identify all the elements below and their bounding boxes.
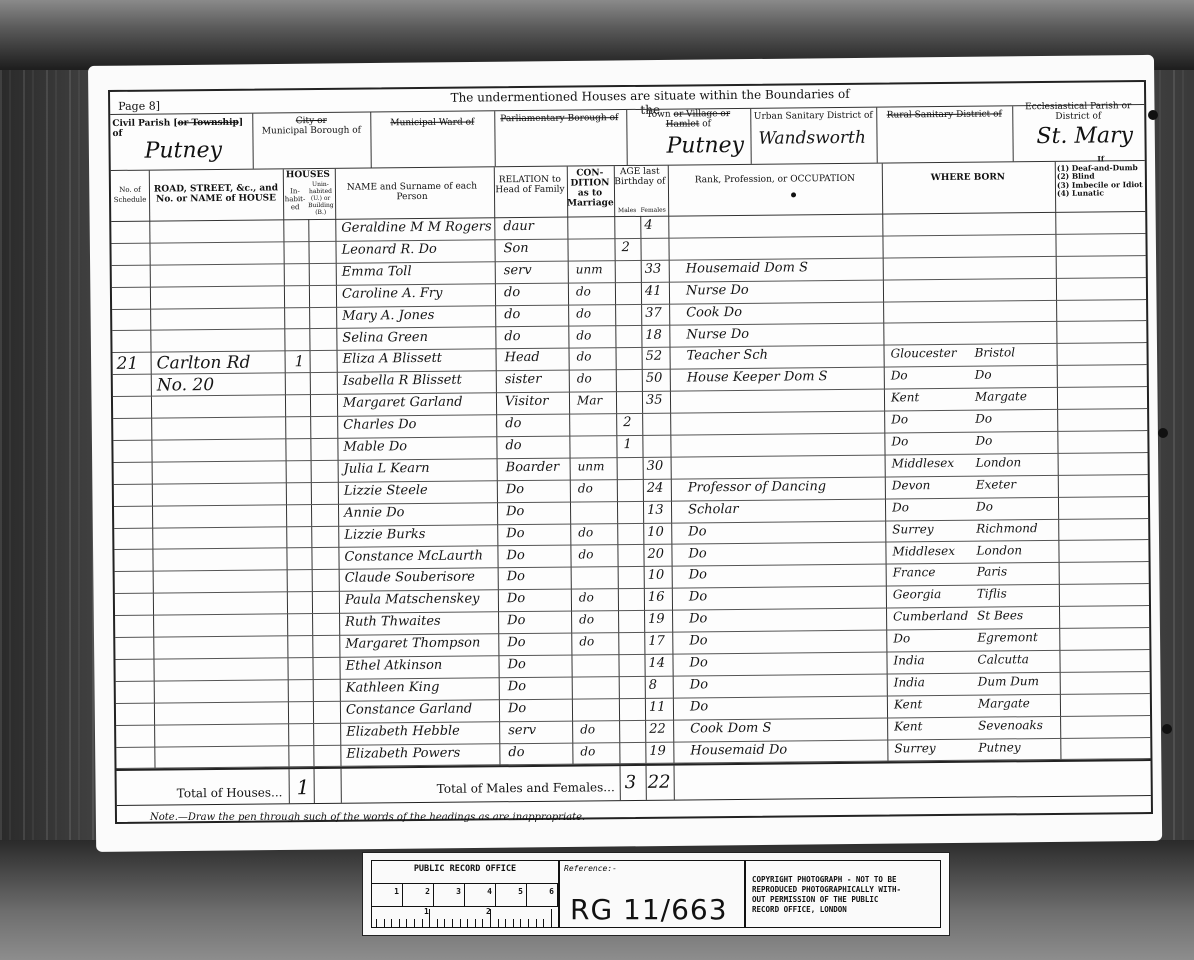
inch-number: 1 [424,907,429,916]
relation-cell: Son [503,241,528,256]
col-name: NAME and Surname of each Person [337,181,487,202]
punch-hole-icon [1148,110,1158,120]
relation-cell: Do [507,613,525,628]
copyright-line: COPYRIGHT PHOTOGRAPH - NOT TO BE [752,875,901,885]
col-relation: RELATION to Head of Family [495,175,565,196]
born-place-cell: Putney [978,740,1020,754]
relation-cell: do [504,329,520,344]
relation-cell: Do [508,679,526,694]
occupation-cell: Do [688,524,706,539]
divider [341,769,342,803]
col-road: ROAD, STREET, &c., and No. or NAME of HO… [151,183,281,204]
born-place-cell: Bristol [974,346,1015,360]
scale-tick [437,919,438,927]
relation-cell: Do [506,548,524,563]
name-cell: Charles Do [343,417,416,433]
scale-tick [452,919,453,927]
road-cell: No. 20 [157,375,214,396]
scale-number: 2 [425,887,430,896]
female-age-cell: 8 [649,678,657,693]
total-houses-label: Total of Houses... [177,785,283,800]
divider [882,164,883,214]
born-county-cell: Do [892,500,909,514]
col-schedule: No. of Schedule [111,185,149,205]
relation-cell: serv [508,723,536,738]
scale-number: 3 [456,887,461,896]
born-county-cell: India [894,675,925,689]
born-place-cell: Calcutta [977,652,1029,666]
relation-cell: Do [507,591,525,606]
scale-tick [505,919,506,927]
condition-cell: do [578,547,593,561]
scale-tick [528,919,529,927]
name-cell: Selina Green [342,329,428,345]
name-cell: Elizabeth Powers [346,745,460,761]
born-county-cell: Do [891,412,908,426]
condition-cell: unm [578,459,605,473]
female-age-cell: 4 [644,218,652,233]
name-cell: Kathleen King [346,680,440,696]
total-houses-value: 1 [297,775,310,799]
divider [620,766,621,800]
condition-cell: do [579,613,594,627]
name-cell: Leonard R. Do [341,242,436,258]
col-females: Females [640,206,666,216]
civil-parish-label: Civil Parish [or Township] of [112,118,250,139]
relation-cell: Head [505,350,540,365]
relation-cell: Do [506,504,524,519]
page-label: Page 8] [118,100,160,113]
col-houses: HOUSES [283,170,333,180]
copyright-line: OUT PERMISSION OF THE PUBLIC [752,895,901,905]
male-age-cell: 1 [623,437,631,452]
reference-number: RG 11/663 [570,893,728,926]
born-county-cell: Surrey [892,522,933,536]
born-county-cell: Do [891,369,908,383]
female-age-cell: 33 [645,261,662,276]
female-age-cell: 10 [648,568,665,583]
condition-cell: do [576,328,591,342]
scale-cell: 1 [372,884,403,906]
occupation-cell: Cook Do [686,305,742,321]
occupation-cell: Scholar [688,502,739,517]
relation-cell: Boarder [506,460,560,476]
female-age-cell: 19 [649,743,666,758]
name-cell: Margaret Garland [343,395,463,411]
born-place-cell: Do [975,434,992,448]
female-age-cell: 19 [648,612,665,627]
pro-title: PUBLIC RECORD OFFICE [372,864,558,874]
female-age-cell: 14 [648,656,665,671]
relation-cell: Do [506,526,524,541]
scale-tick [482,919,483,927]
female-age-cell: 37 [645,305,662,320]
urban-sanitary-label: Urban Sanitary District of [752,111,874,122]
copyright-box: COPYRIGHT PHOTOGRAPH - NOT TO BE REPRODU… [745,860,941,928]
scale-tick [513,919,514,927]
scale-tick [467,919,468,927]
name-cell: Annie Do [344,505,405,521]
civil-parish-value: Putney [144,138,222,164]
name-cell: Mable Do [343,439,407,455]
table-body: Geraldine M M Rogersdaur4Leonard R. DoSo… [111,211,1150,769]
born-county-cell: Kent [891,390,919,404]
occupation-cell: Nurse Do [686,283,749,299]
reference-label: Reference:- [564,864,617,873]
col-condition: CON-DITION as to Marriage [567,168,613,208]
condition-cell: do [579,591,594,605]
ecclesiastical-parish-label: Ecclesiastical Parish orDistrict of [1014,101,1142,122]
scale-tick [543,919,544,927]
relation-cell: Do [507,657,525,672]
scale-cell: 4 [465,884,496,906]
condition-cell: do [578,481,593,495]
born-place-cell: St Bees [977,608,1023,622]
name-cell: Ethel Atkinson [345,658,442,674]
bullet-icon [791,192,796,197]
male-age-cell: 2 [621,240,629,255]
condition-cell: unm [576,262,603,276]
born-place-cell: London [976,543,1022,557]
female-age-cell: 20 [647,546,664,561]
relation-cell: do [504,307,520,322]
scale-tick [551,909,552,927]
occupation-cell: Do [689,633,707,648]
total-males: 3 [625,772,637,793]
occupation-cell: Do [689,590,707,605]
name-cell: Claude Souberisore [345,570,475,586]
scale-cell: 3 [434,884,465,906]
condition-cell: do [580,722,595,736]
born-county-cell: Middlesex [892,456,955,471]
scale-tick [475,919,476,927]
female-age-cell: 50 [646,371,663,386]
parliamentary-borough-label: Parliamentary Borough of [496,113,622,124]
scale-number: 1 [394,887,399,896]
divider [289,769,290,803]
relation-cell: sister [505,372,542,387]
name-cell: Julia L Kearn [344,461,430,477]
scale-cell: 6 [527,884,558,906]
born-county-cell: Cumberland [893,609,968,624]
rural-sanitary-label: Rural Sanitary District of [878,109,1010,120]
born-county-cell: Kent [894,697,922,711]
female-age-cell: 22 [649,721,666,736]
female-age-cell: 52 [646,349,663,364]
copyright-line: REPRODUCED PHOTOGRAPHICALLY WITH- [752,885,901,895]
born-place-cell: Do [976,499,993,513]
occupation-cell: Do [690,677,708,692]
inhabited-cell: 1 [295,353,305,371]
scale-tick [406,919,407,927]
schedule-cell: 21 [117,354,139,374]
total-persons-label: Total of Males and Females... [417,780,615,796]
col-males: Males [614,206,640,216]
scale-tick [536,919,537,927]
name-cell: Constance McLaurth [344,548,483,564]
born-place-cell: Dum Dum [978,674,1039,689]
occupation-cell: House Keeper Dom S [687,369,828,385]
born-place-cell: Margate [978,696,1030,710]
female-age-cell: 16 [648,590,665,605]
female-age-cell: 10 [647,524,664,539]
relation-cell: daur [503,219,534,234]
scale-number: 4 [487,887,492,896]
scale-tick [376,919,377,927]
relation-cell: serv [504,263,532,278]
urban-sanitary-value: Wandsworth [758,128,866,149]
born-place-cell: Paris [977,565,1008,579]
scale-tick [384,919,385,927]
name-cell: Elizabeth Hebble [346,723,460,739]
ecclesiastical-parish-value: St. Mary [1036,123,1133,149]
scale-number: 6 [549,887,554,896]
total-females: 22 [648,772,671,793]
public-record-office-label: PUBLIC RECORD OFFICE 123456 12 Reference… [362,852,950,936]
name-cell: Emma Toll [342,264,412,280]
col-inhabited: In-habit-ed [283,187,307,211]
name-cell: Ruth Thwaites [345,614,441,630]
born-place-cell: Margate [975,389,1027,403]
infirmity-4: (4) Lunatic [1057,189,1145,198]
scale-box: PUBLIC RECORD OFFICE 123456 12 [371,860,559,928]
name-cell: Lizzie Burks [344,527,425,543]
occupation-cell: Professor of Dancing [688,479,826,495]
born-place-cell: Richmond [976,521,1037,536]
born-place-cell: London [976,455,1022,469]
female-age-cell: 13 [647,502,664,517]
name-cell: Mary A. Jones [342,307,434,323]
born-county-cell: Kent [894,719,922,733]
born-county-cell: Devon [892,478,931,492]
condition-cell: do [580,744,595,758]
born-county-cell: India [893,653,924,667]
occupation-cell: Do [689,568,707,583]
punch-hole-icon [1162,724,1172,734]
inch-number: 2 [486,907,491,916]
born-place-cell: Do [975,412,992,426]
occupation-cell: Do [688,546,706,561]
occupation-cell: Do [689,655,707,670]
born-county-cell: Do [891,434,908,448]
relation-cell: do [505,438,521,453]
born-county-cell: France [893,565,936,579]
divider [674,766,675,800]
col-infirmity: If (1) Deaf-and-Dumb (2) Blind (3) Imbec… [1057,155,1145,198]
municipal-borough-label: City orMunicipal Borough of [254,116,368,137]
scale-tick [422,919,423,927]
punch-hole-icon [1158,428,1168,438]
condition-cell: do [577,350,592,364]
relation-cell: Visitor [505,394,549,409]
name-cell: Lizzie Steele [344,483,428,499]
census-form: Page 8] The undermentioned Houses are si… [108,80,1153,824]
male-age-cell: 2 [623,415,631,430]
occupation-cell: Housemaid Do [690,742,787,758]
name-cell: Eliza A Blissett [343,351,443,367]
relation-cell: Do [506,482,524,497]
condition-cell: do [577,372,592,386]
occupation-cell: Teacher Sch [687,348,768,364]
born-place-cell: Egremont [977,630,1038,645]
name-cell: Margaret Thompson [345,636,480,652]
condition-cell: do [576,284,591,298]
relation-cell: do [508,745,524,760]
born-place-cell: Tiflis [977,587,1007,601]
scale-tick [498,919,499,927]
born-place-cell: Sevenoaks [978,718,1043,733]
relation-cell: do [504,285,520,300]
condition-cell: do [578,525,593,539]
scale-tick [391,919,392,927]
born-county-cell: Georgia [893,587,941,601]
scale-tick [399,919,400,927]
name-cell: Caroline A. Fry [342,285,443,301]
scale-tick [429,909,430,927]
female-age-cell: 18 [645,327,662,342]
copyright-line: RECORD OFFICE, LONDON [752,905,901,915]
relation-cell: Do [507,635,525,650]
scale-number: 5 [518,887,523,896]
district-row: Civil Parish [or Township] of Putney Cit… [110,105,1144,170]
municipal-ward-label: Municipal Ward of [372,117,492,128]
female-age-cell: 41 [645,283,662,298]
col-age: AGE last Birthday of [614,167,666,187]
scale-tick [460,919,461,927]
condition-cell: Mar [577,393,602,407]
female-age-cell: 30 [647,459,664,474]
scale-tick [444,919,445,927]
reference-box: Reference:- RG 11/663 [559,860,745,928]
born-county-cell: Gloucester [891,346,957,361]
scale-cell: 2 [403,884,434,906]
condition-cell: do [576,306,591,320]
born-place-cell: Exeter [976,477,1016,491]
col-uninhabited: Unin-habited (U.) or Building (B.) [308,181,333,216]
relation-cell: Do [508,701,526,716]
born-county-cell: Surrey [894,741,935,755]
relation-cell: do [505,416,521,431]
occupation-cell: Do [689,611,707,626]
scale-tick [520,919,521,927]
col-occupation: Rank, Profession, or OCCUPATION [669,174,881,186]
female-age-cell: 17 [648,634,665,649]
footnote: Note.—Draw the pen through such of the w… [150,812,585,823]
born-county-cell: Middlesex [892,543,955,558]
female-age-cell: 24 [647,480,664,495]
occupation-cell: Do [690,699,708,714]
divider [668,166,669,216]
female-age-cell: 11 [649,699,666,714]
divider [314,769,315,803]
copyright-text: COPYRIGHT PHOTOGRAPH - NOT TO BE REPRODU… [752,875,901,915]
occupation-cell: Nurse Do [686,326,749,342]
name-cell: Constance Garland [346,701,472,717]
scale-inch: 12 [372,907,558,927]
scale-cell: 5 [496,884,527,906]
condition-cell: do [579,634,594,648]
born-place-cell: Do [975,368,992,382]
occupation-cell: Cook Dom S [690,720,771,736]
scale-cm: 123456 [372,884,558,906]
scale-tick [414,919,415,927]
town-value: Putney [666,133,744,159]
town-label: Town or Village orHamlet of [628,109,748,130]
name-cell: Paula Matschenskey [345,592,480,608]
name-cell: Isabella R Blissett [343,373,462,389]
female-age-cell: 35 [646,393,663,408]
road-cell: Carlton Rd [157,353,251,374]
name-cell: Geraldine M M Rogers [341,219,491,235]
col-where-born: WHERE BORN [883,172,1053,184]
relation-cell: Do [507,569,525,584]
born-county-cell: Do [893,631,910,645]
occupation-cell: Housemaid Dom S [686,260,808,276]
